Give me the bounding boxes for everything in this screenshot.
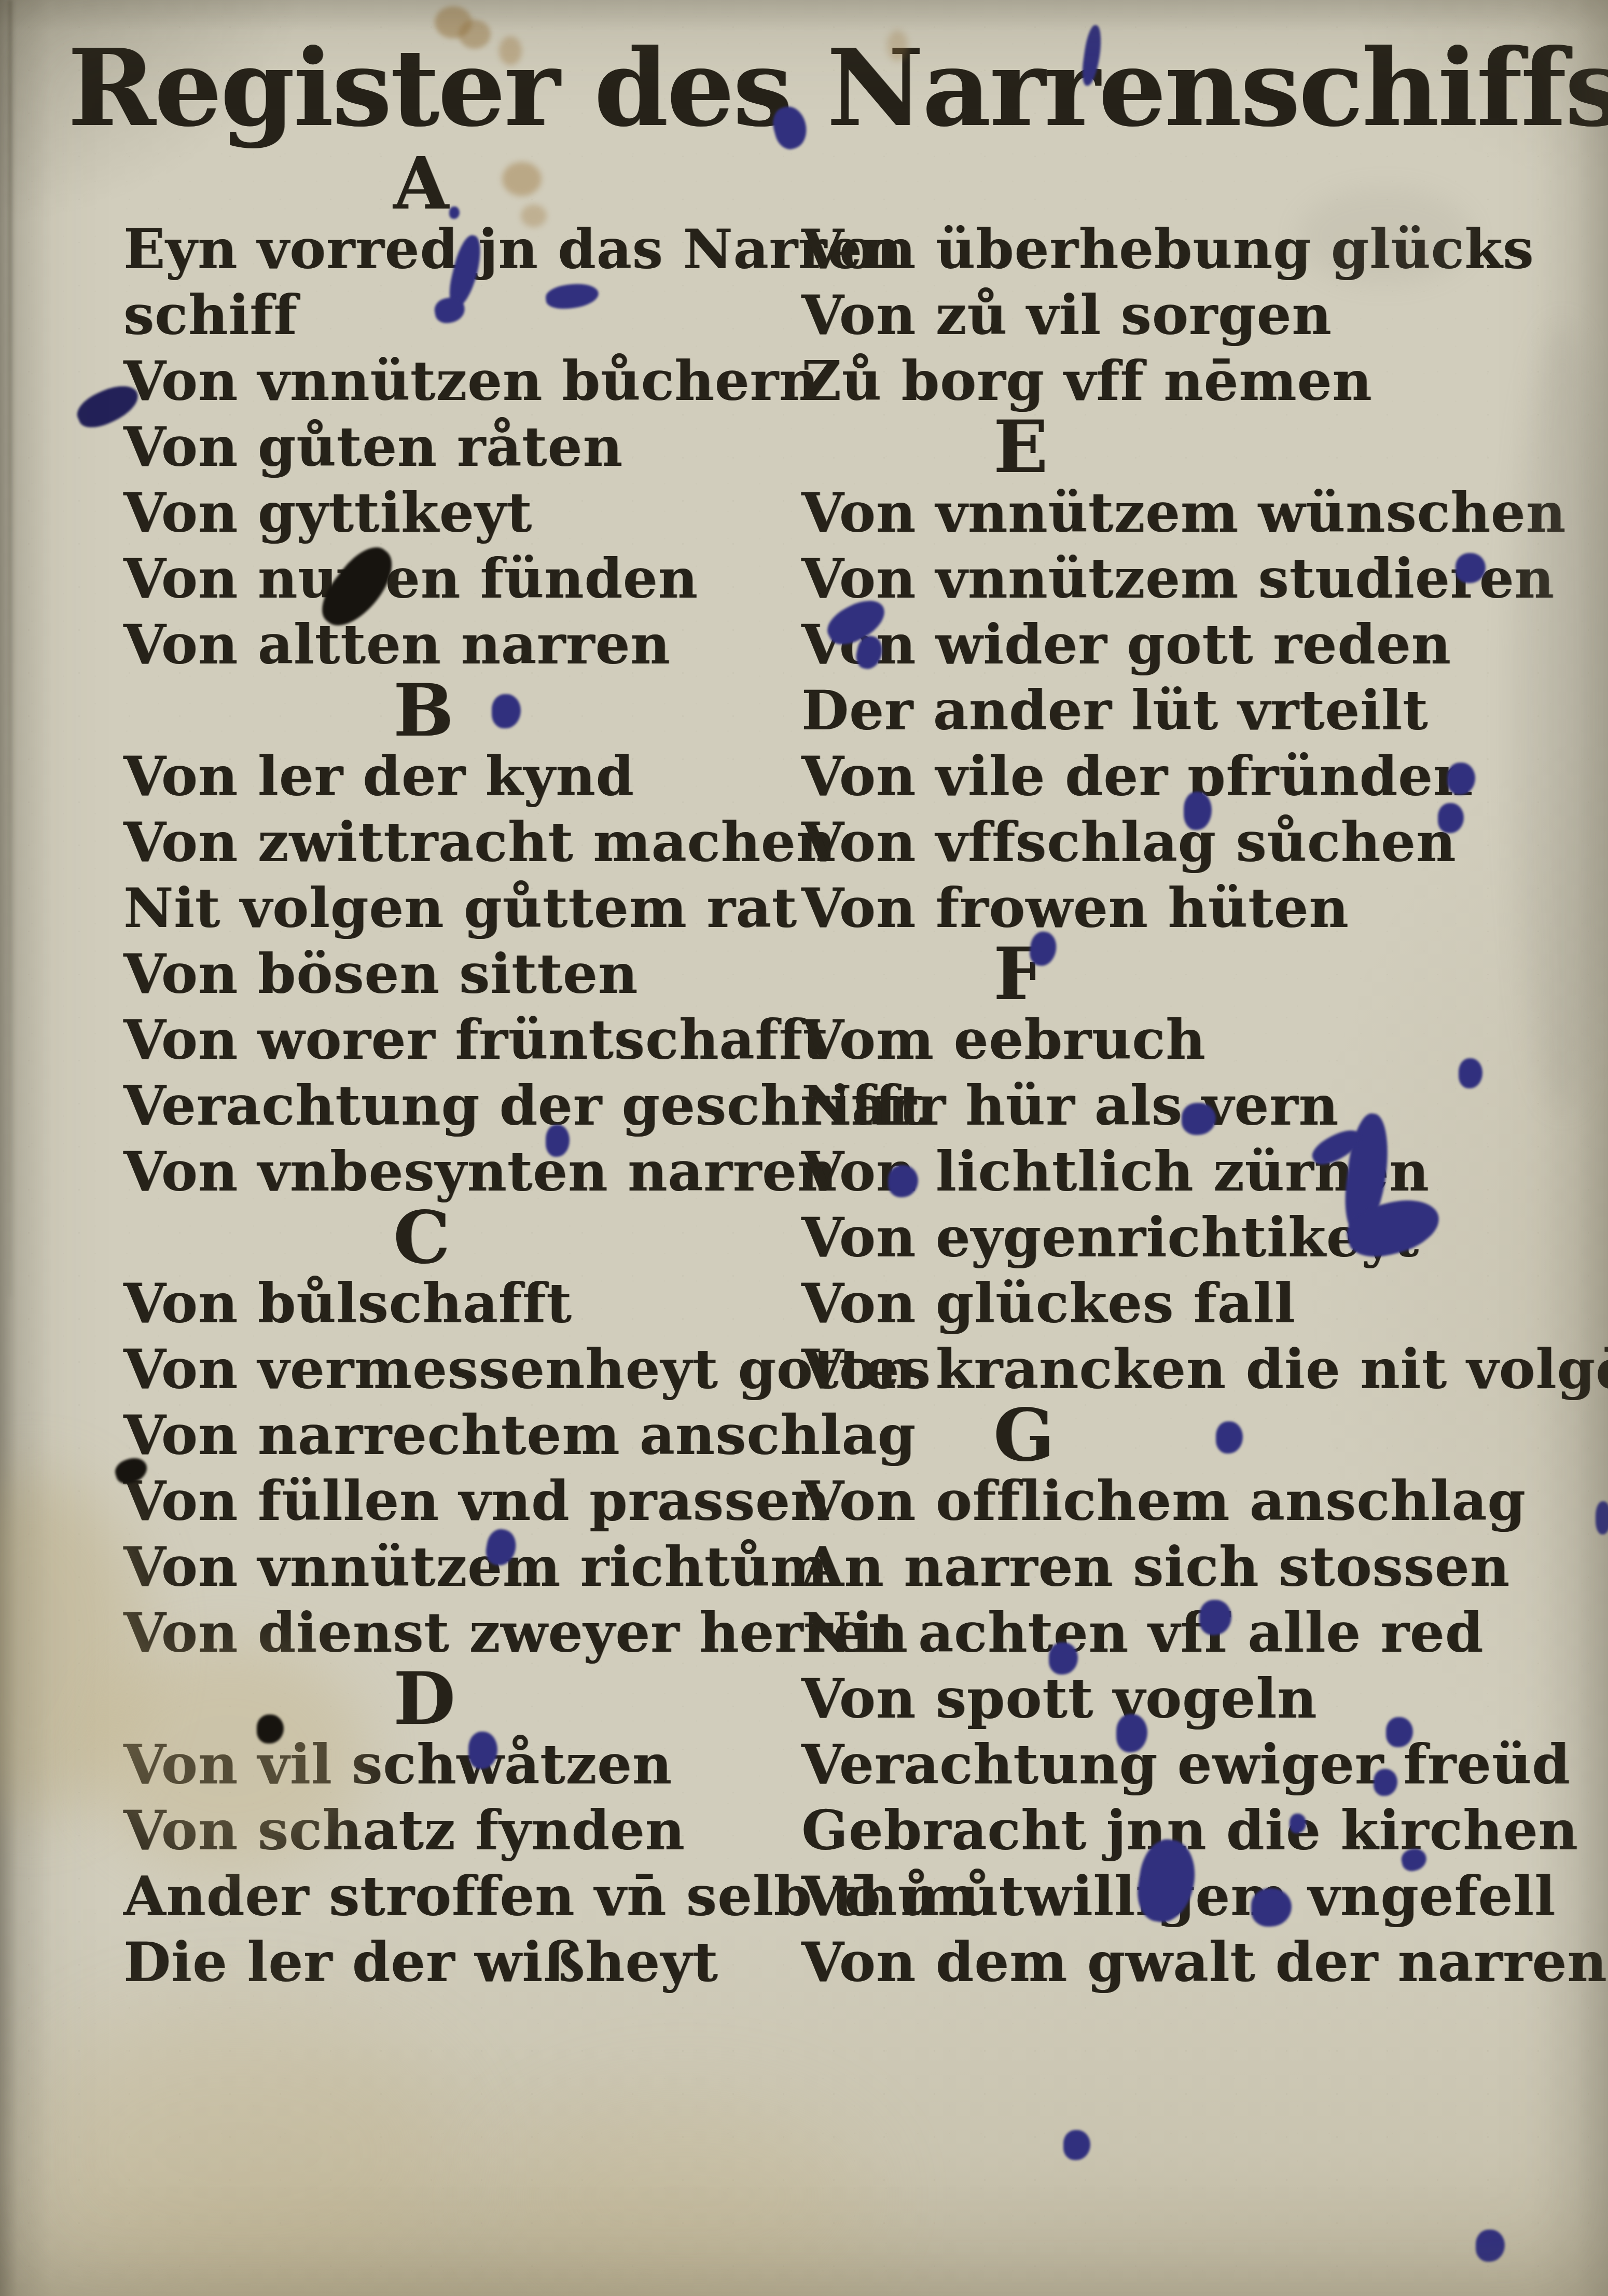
index-entry: Von altten narren [123,612,803,677]
stain-bottom-center [498,2096,871,2296]
section-letter-c: C [123,1205,803,1270]
index-entry: Von überhebung glücks [801,216,1554,282]
index-entry: Von offlichem anschlag [801,1468,1554,1534]
section-letter-e: E [801,414,1554,480]
index-entry: schiff [123,282,803,348]
index-entry: Von spott vogeln [801,1666,1554,1732]
scanned-book-page: Register des Narrenschiffs. AEyn vorred … [0,0,1608,2296]
index-entry: Von vermessenheyt gottes [123,1336,803,1402]
section-letter-b: B [123,677,803,743]
index-entry: Von dem gwalt der narren [801,1929,1554,1995]
index-entry: Von bůlschafft [123,1270,803,1336]
index-entry: Von vnnützem studieren [801,546,1554,612]
index-entry: Ander stroffen vn̄ selb thůn [123,1863,803,1929]
index-entry: Von worer früntschafft [123,1007,803,1073]
ink-dot-bottom-right [1476,2230,1505,2262]
index-entry: Zů borg vff nēmen [801,348,1554,414]
index-entry: Von vnnützem wünschen [801,480,1554,546]
index-entry: Von vile der pfründen [801,743,1554,809]
index-entry: An narren sich stossen [801,1534,1554,1600]
index-entry: Von wider gott reden [801,612,1554,677]
page-title: Register des Narrenschiffs. [67,30,1551,147]
index-entry: Von vnbesynten narren [123,1139,803,1205]
left-edge-crease [8,0,12,1297]
index-entry: Verachtung ewiger freüd [801,1732,1554,1797]
index-entry: Nit achten vff alle red [801,1600,1554,1666]
index-column-left: AEyn vorred jn das NarrenschiffVon vnnüt… [123,150,803,1995]
index-entry: Von narrechtem anschlag [123,1402,803,1468]
index-entry: Vom eebruch [801,1007,1554,1073]
index-entry: Von gyttikeyt [123,480,803,546]
index-entry: Von vnnützen bůchern [123,348,803,414]
index-entry: Von vil schwåtzen [123,1732,803,1797]
index-entry: Von füllen vnd prassen [123,1468,803,1534]
index-entry: Von krancken die nit volgē [801,1336,1554,1402]
index-entry: Von glückes fall [801,1270,1554,1336]
index-column-right: Von überhebung glücksVon zů vil sorgenZů… [801,216,1554,1995]
index-entry: Vō můtwilligem vngefell [801,1863,1554,1929]
index-entry: Von nuwen fünden [123,546,803,612]
index-entry: Narr hür als vern [801,1073,1554,1139]
index-entry: Die ler der wißheyt [123,1929,803,1995]
stain-bottom-left [21,2013,456,2293]
section-letter-d: D [123,1666,803,1732]
index-entry: Von frowen hüten [801,875,1554,941]
section-letter-g: G [801,1402,1554,1468]
index-entry: Von zů vil sorgen [801,282,1554,348]
index-entry: Von eygenrichtikeyt [801,1205,1554,1270]
index-entry: Eyn vorred jn das Narren [123,216,803,282]
index-entry: Von bösen sitten [123,941,803,1007]
index-entry: Von lichtlich zürnen [801,1139,1554,1205]
section-letter-a: A [123,150,803,216]
index-entry: Von zwittracht machen [123,809,803,875]
index-entry: Nit volgen gůttem rat [123,875,803,941]
ink-dot-bottom-center [1063,2130,1090,2160]
index-entry: Von vffschlag sůchen [801,809,1554,875]
index-entry: Von schatz fynden [123,1797,803,1863]
index-entry: Gebracht jnn die kirchen [801,1797,1554,1863]
index-entry: Von vnnützem richtům [123,1534,803,1600]
index-entry: Von gůten råten [123,414,803,480]
section-letter-f: F [801,941,1554,1007]
index-entry: Verachtung der geschrifft [123,1073,803,1139]
index-entry: Von ler der kynd [123,743,803,809]
index-entry: Von dienst zweyer herren [123,1600,803,1666]
ink-dot-right-edge [1596,1501,1608,1534]
index-entry: Der ander lüt vrteilt [801,677,1554,743]
